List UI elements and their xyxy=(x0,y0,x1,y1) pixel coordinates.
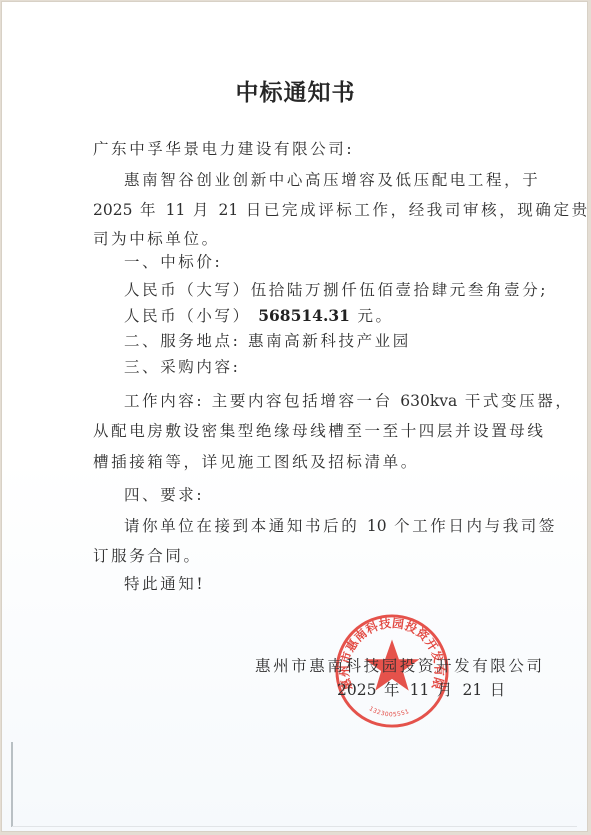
intro-year: 2025 xyxy=(93,201,132,219)
requirement-line-1: 请你单位在接到本通知书后的 10 个工作日内与我司签 xyxy=(124,516,557,536)
intro-month: 11 xyxy=(166,201,186,219)
uppercase-value: 伍拾陆万捌仟伍佰壹拾肆元叁角壹分; xyxy=(251,281,548,299)
section1-heading: 一、中标价: xyxy=(124,252,222,272)
intro-line-2: 2025 年 11 月 21 日已完成评标工作，经我司审核，现确定贵 xyxy=(93,200,590,220)
scan-bottom-line xyxy=(12,826,577,827)
work-content-line-1: 工作内容: 主要内容包括增容一台 630kva 干式变压器， xyxy=(124,391,573,411)
signature-company: 惠州市惠南科技园投资开发有限公司 xyxy=(255,656,545,676)
svg-text:1323005551: 1323005551 xyxy=(368,706,411,718)
uppercase-label: 人民币（大写） xyxy=(124,281,251,299)
transformer-capacity: 630kva xyxy=(400,392,457,410)
addressee: 广东中孚华景电力建设有限公司: xyxy=(93,139,354,159)
intro-day: 21 xyxy=(219,201,239,219)
intro-line-3: 司为中标单位。 xyxy=(93,229,220,249)
bid-price-uppercase: 人民币（大写）伍拾陆万捌仟伍佰壹拾肆元叁角壹分; xyxy=(124,280,548,300)
document-page xyxy=(2,2,587,831)
lowercase-label: 人民币（小写） xyxy=(124,307,251,325)
section2: 二、服务地点: 惠南高新科技产业园 xyxy=(124,331,411,351)
signature-date: 2025 年 11 月 21 日 xyxy=(337,680,508,700)
closing-remark: 特此通知! xyxy=(124,574,205,594)
work-content-line-2: 从配电房敷设密集型绝缘母线槽至一至十四层并设置母线 xyxy=(93,421,546,441)
section2-heading: 二、服务地点: xyxy=(124,332,240,350)
requirement-line-2: 订服务合同。 xyxy=(93,546,202,566)
intro-line-1: 惠南智谷创业创新中心高压增容及低压配电工程，于 xyxy=(124,170,540,190)
service-location: 惠南高新科技产业园 xyxy=(248,332,411,350)
scan-edge-line xyxy=(11,742,13,827)
amount-unit: 元。 xyxy=(357,307,393,325)
section4-heading: 四、要求: xyxy=(124,485,204,505)
document-title: 中标通知书 xyxy=(0,74,591,107)
working-days: 10 xyxy=(367,517,387,535)
work-content-line-3: 槽插接箱等，详见施工图纸及招标清单。 xyxy=(93,452,419,472)
section3-heading: 三、采购内容: xyxy=(124,357,240,377)
seal-code: 1323005551 xyxy=(368,706,411,718)
bid-amount: 568514.31 xyxy=(258,306,350,325)
bid-price-lowercase: 人民币（小写） 568514.31 元。 xyxy=(124,306,394,326)
